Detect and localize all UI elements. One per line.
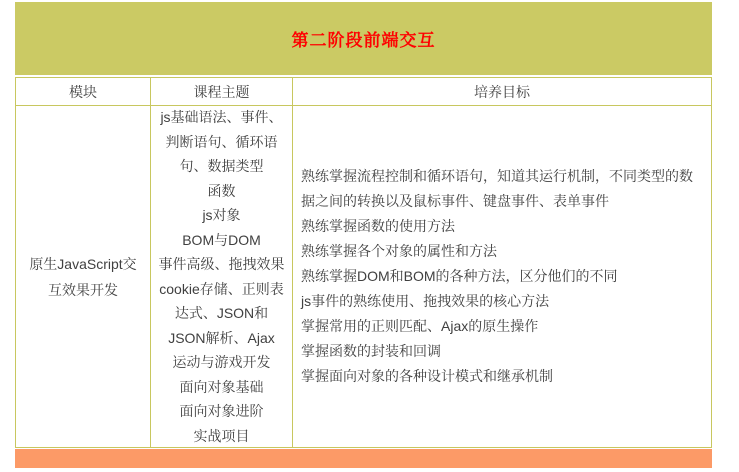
topic-item: BOM与DOM — [158, 228, 285, 253]
topic-item: 面向对象基础 — [158, 375, 285, 400]
topic-item: 运动与游戏开发 — [158, 350, 285, 375]
curriculum-page: 第二阶段前端交互 模块 课程主题 培养目标 原生JavaScript交互效果开发… — [0, 0, 739, 472]
goal-item: 熟练掌握各个对象的属性和方法 — [301, 239, 697, 264]
table-header-row: 模块 课程主题 培养目标 — [16, 78, 711, 106]
stage-title-banner: 第二阶段前端交互 — [15, 2, 712, 75]
topic-item: js基础语法、事件、判断语句、循环语句、数据类型 — [158, 106, 285, 179]
goal-item: 掌握常用的正则匹配、Ajax的原生操作 — [301, 314, 697, 339]
column-header-topics: 课程主题 — [151, 78, 293, 105]
topic-item: 事件高级、拖拽效果 — [158, 252, 285, 277]
module-name: 原生JavaScript交互效果开发 — [28, 251, 138, 303]
goal-item: js事件的熟练使用、拖拽效果的核心方法 — [301, 289, 697, 314]
goal-item: 熟练掌握流程控制和循环语句，知道其运行机制，不同类型的数据之间的转换以及鼠标事件… — [301, 164, 697, 214]
topics-cell: js基础语法、事件、判断语句、循环语句、数据类型函数js对象BOM与DOM事件高… — [151, 106, 293, 447]
goal-item: 掌握函数的封装和回调 — [301, 339, 697, 364]
goal-item: 掌握面向对象的各种设计模式和继承机制 — [301, 364, 697, 389]
column-header-module: 模块 — [16, 78, 151, 105]
module-cell: 原生JavaScript交互效果开发 — [16, 106, 151, 447]
stage-title: 第二阶段前端交互 — [292, 26, 436, 51]
topic-item: 面向对象进阶 — [158, 399, 285, 424]
footer-accent-bar — [15, 449, 712, 468]
topic-item: 函数 — [158, 179, 285, 204]
topic-item: cookie存储、正则表达式、JSON和JSON解析、Ajax — [158, 277, 285, 351]
table-body-row: 原生JavaScript交互效果开发 js基础语法、事件、判断语句、循环语句、数… — [16, 106, 711, 447]
topic-item: 实战项目 — [158, 424, 285, 448]
goal-item: 熟练掌握函数的使用方法 — [301, 214, 697, 239]
topic-item: js对象 — [158, 203, 285, 228]
course-table: 模块 课程主题 培养目标 原生JavaScript交互效果开发 js基础语法、事… — [15, 77, 712, 448]
column-header-goals: 培养目标 — [293, 78, 711, 105]
goals-cell: 熟练掌握流程控制和循环语句，知道其运行机制，不同类型的数据之间的转换以及鼠标事件… — [293, 106, 711, 447]
goal-item: 熟练掌握DOM和BOM的各种方法，区分他们的不同 — [301, 264, 697, 289]
